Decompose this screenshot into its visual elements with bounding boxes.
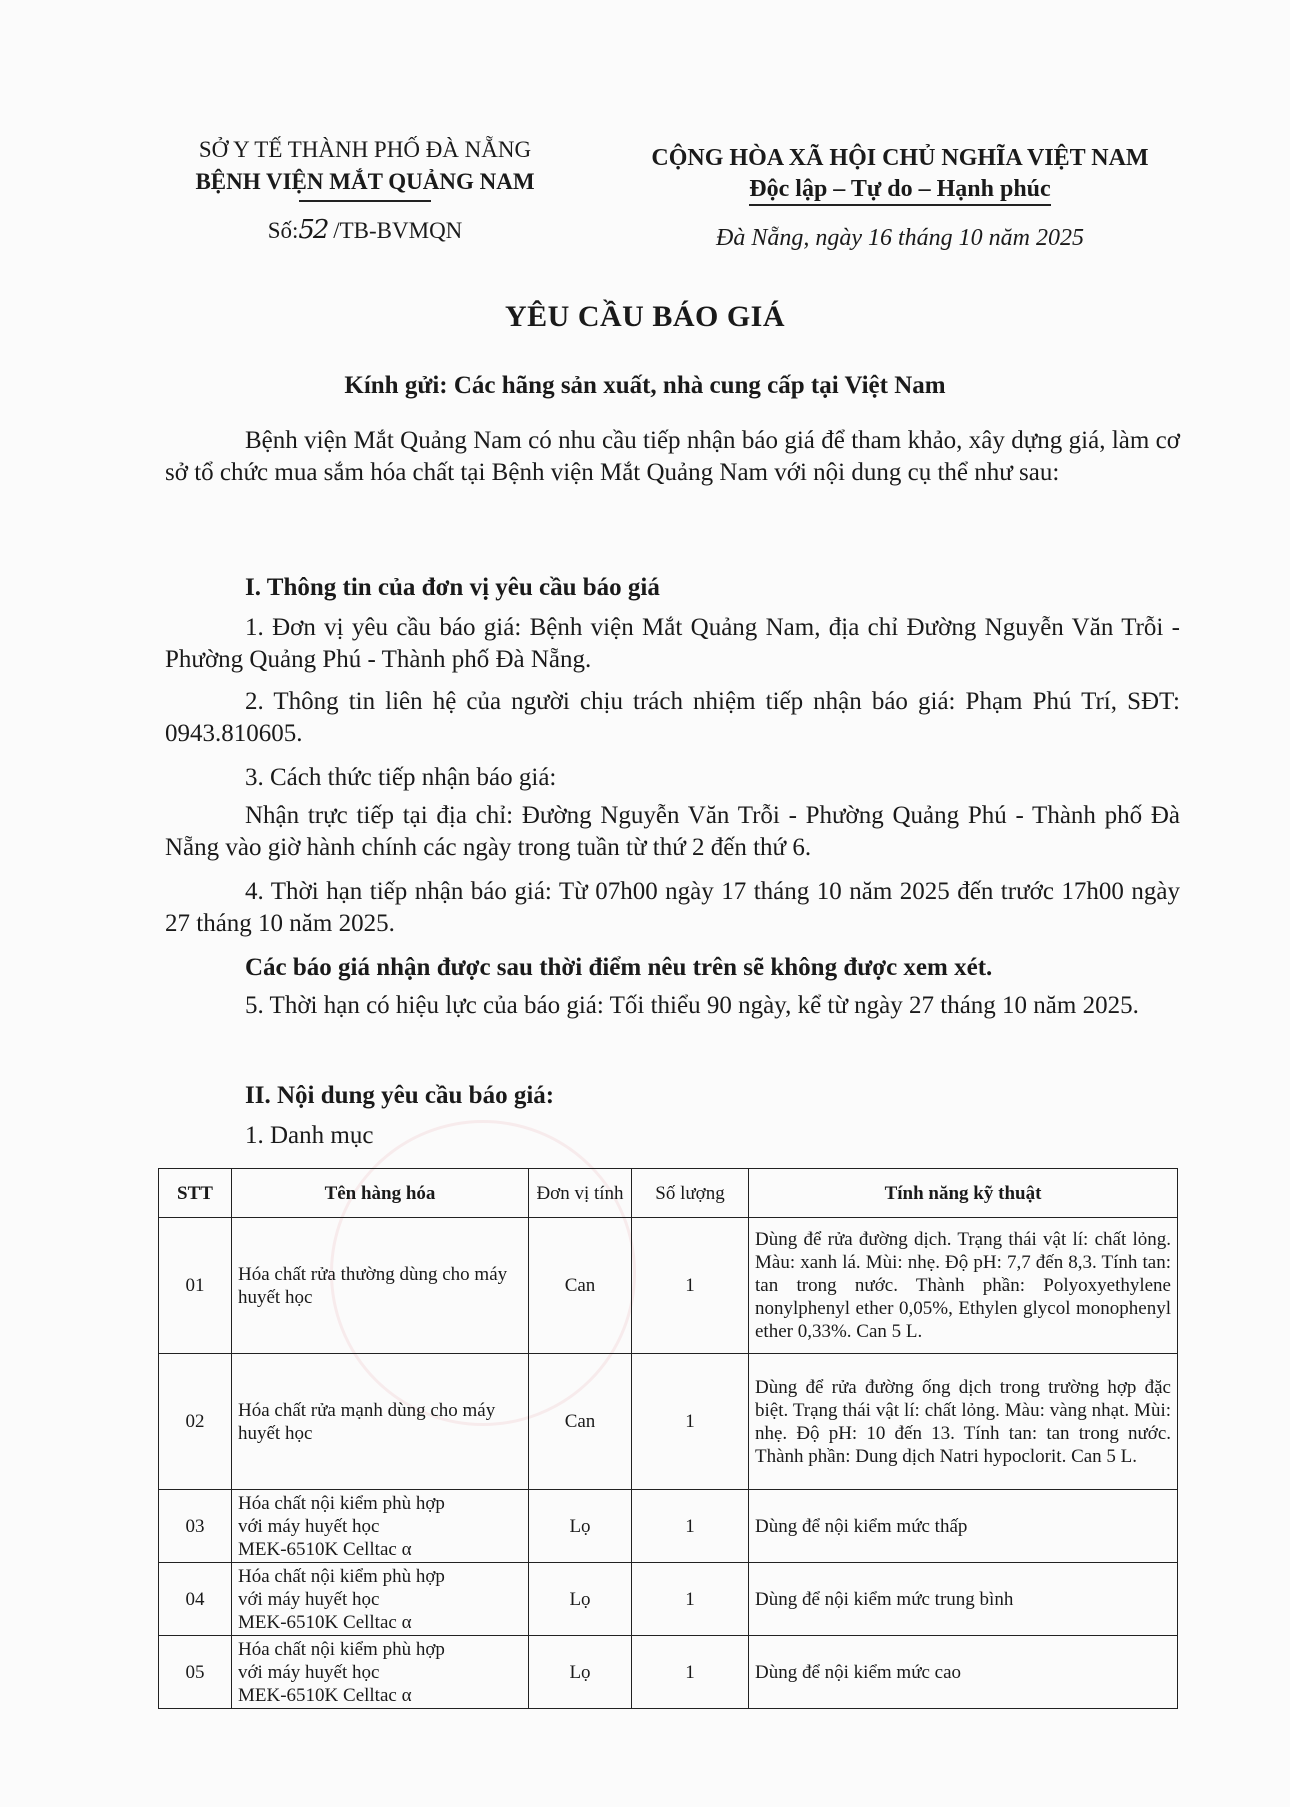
national-motto-text: Độc lập – Tự do – Hạnh phúc — [749, 176, 1050, 206]
table-row: 02 Hóa chất rửa mạnh dùng cho máy huyết … — [159, 1354, 1178, 1490]
cell-unit: Lọ — [529, 1636, 632, 1709]
cell-name-line: MEK-6510K Celltac α — [238, 1611, 522, 1634]
country-name: CỘNG HÒA XÃ HỘI CHỦ NGHĨA VIỆT NAM — [600, 145, 1200, 172]
cell-stt: 02 — [159, 1354, 232, 1490]
section1-warning: Các báo giá nhận được sau thời điểm nêu … — [165, 952, 1180, 984]
cell-spec: Dùng để rửa đường dịch. Trạng thái vật l… — [749, 1218, 1178, 1354]
hospital-name-underline — [299, 200, 431, 202]
cell-unit: Lọ — [529, 1490, 632, 1563]
hospital-name: BỆNH VIỆN MẮT QUẢNG NAM — [150, 169, 580, 195]
cell-name: Hóa chất nội kiểm phù hợp với máy huyết … — [232, 1563, 529, 1636]
cell-name-line: MEK-6510K Celltac α — [238, 1538, 522, 1561]
cell-stt: 05 — [159, 1636, 232, 1709]
department-name: SỞ Y TẾ THÀNH PHỐ ĐÀ NẴNG — [150, 137, 580, 163]
document-number: Số:52 /TB-BVMQN — [150, 215, 580, 245]
cell-unit: Can — [529, 1354, 632, 1490]
cell-spec: Dùng để rửa đường ống dịch trong trường … — [749, 1354, 1178, 1490]
cell-qty: 1 — [632, 1354, 749, 1490]
table-header-row: STT Tên hàng hóa Đơn vị tính Số lượng Tí… — [159, 1169, 1178, 1218]
cell-name: Hóa chất rửa thường dùng cho máy huyết h… — [232, 1218, 529, 1354]
section1-item3-detail: Nhận trực tiếp tại địa chỉ: Đường Nguyễn… — [165, 800, 1180, 864]
cell-spec: Dùng để nội kiểm mức cao — [749, 1636, 1178, 1709]
header-unit: Đơn vị tính — [529, 1169, 632, 1218]
national-motto: Độc lập – Tự do – Hạnh phúc — [600, 176, 1200, 203]
section1-item4: 4. Thời hạn tiếp nhận báo giá: Từ 07h00 … — [165, 876, 1180, 940]
cell-name: Hóa chất nội kiểm phù hợp với máy huyết … — [232, 1490, 529, 1563]
header-spec: Tính năng kỹ thuật — [749, 1169, 1178, 1218]
table-row: 01 Hóa chất rửa thường dùng cho máy huyế… — [159, 1218, 1178, 1354]
section2-heading: II. Nội dung yêu cầu báo giá: — [165, 1080, 1180, 1112]
cell-name-line: với máy huyết học — [238, 1588, 522, 1611]
cell-stt: 03 — [159, 1490, 232, 1563]
cell-name-line: Hóa chất nội kiểm phù hợp — [238, 1492, 522, 1515]
cell-qty: 1 — [632, 1490, 749, 1563]
header-name: Tên hàng hóa — [232, 1169, 529, 1218]
cell-name: Hóa chất nội kiểm phù hợp với máy huyết … — [232, 1636, 529, 1709]
section1-heading: I. Thông tin của đơn vị yêu cầu báo giá — [165, 572, 1180, 604]
table-row: 03 Hóa chất nội kiểm phù hợp với máy huy… — [159, 1490, 1178, 1563]
cell-qty: 1 — [632, 1218, 749, 1354]
section1-item2: 2. Thông tin liên hệ của người chịu trác… — [165, 686, 1180, 750]
doc-no-handwritten: 52 — [298, 215, 327, 245]
section1-item1: 1. Đơn vị yêu cầu báo giá: Bệnh viện Mắt… — [165, 612, 1180, 676]
intro-paragraph: Bệnh viện Mắt Quảng Nam có nhu cầu tiếp … — [165, 425, 1180, 489]
cell-name-line: MEK-6510K Celltac α — [238, 1684, 522, 1707]
cell-name-line: Hóa chất nội kiểm phù hợp — [238, 1638, 522, 1661]
cell-name-line: Hóa chất nội kiểm phù hợp — [238, 1565, 522, 1588]
cell-spec: Dùng để nội kiểm mức thấp — [749, 1490, 1178, 1563]
recipient-line: Kính gửi: Các hãng sản xuất, nhà cung cấ… — [0, 372, 1290, 400]
table-row: 05 Hóa chất nội kiểm phù hợp với máy huy… — [159, 1636, 1178, 1709]
items-table: STT Tên hàng hóa Đơn vị tính Số lượng Tí… — [158, 1168, 1178, 1709]
cell-name-line: với máy huyết học — [238, 1515, 522, 1538]
cell-name-line: với máy huyết học — [238, 1661, 522, 1684]
cell-spec: Dùng để nội kiểm mức trung bình — [749, 1563, 1178, 1636]
cell-qty: 1 — [632, 1636, 749, 1709]
cell-stt: 01 — [159, 1218, 232, 1354]
doc-no-suffix: /TB-BVMQN — [327, 218, 462, 243]
cell-qty: 1 — [632, 1563, 749, 1636]
cell-unit: Lọ — [529, 1563, 632, 1636]
doc-no-label: Số: — [268, 218, 299, 243]
section1-item3: 3. Cách thức tiếp nhận báo giá: — [165, 762, 1180, 794]
cell-stt: 04 — [159, 1563, 232, 1636]
cell-name: Hóa chất rửa mạnh dùng cho máy huyết học — [232, 1354, 529, 1490]
document-title: YÊU CẦU BÁO GIÁ — [0, 300, 1290, 334]
section1-item5: 5. Thời hạn có hiệu lực của báo giá: Tối… — [165, 990, 1180, 1022]
section2-sub1: 1. Danh mục — [165, 1120, 1180, 1152]
header-qty: Số lượng — [632, 1169, 749, 1218]
header-stt: STT — [159, 1169, 232, 1218]
table-row: 04 Hóa chất nội kiểm phù hợp với máy huy… — [159, 1563, 1178, 1636]
place-date: Đà Nẵng, ngày 16 tháng 10 năm 2025 — [600, 225, 1200, 252]
cell-unit: Can — [529, 1218, 632, 1354]
